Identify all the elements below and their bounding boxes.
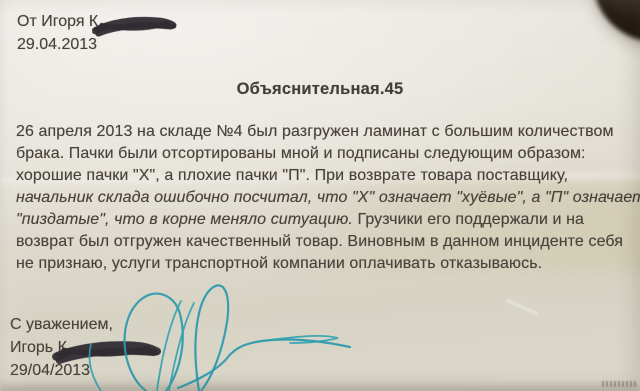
body-text-em: начальник склада ошибочно посчитал, что … (16, 189, 640, 206)
closing-line: С уважением, (10, 313, 113, 336)
body-line: хорошие пачки "Х", а плохие пачки "П". П… (16, 165, 640, 187)
letter-body: 26 апреля 2013 на складе №4 был разгруже… (16, 121, 640, 275)
body-text-regular: 26 апреля 2013 на складе №4 был разгруже… (16, 123, 614, 140)
body-line: брака. Пачки были отсортированы мной и п… (16, 143, 640, 165)
letter-date-top: 29.04.2013 (17, 36, 97, 54)
body-text-regular: хорошие пачки "Х", а плохие пачки "П". П… (16, 167, 568, 184)
body-text-regular: возврат был отгружен качественный товар.… (16, 233, 623, 250)
body-line: 26 апреля 2013 на складе №4 был разгруже… (16, 121, 640, 143)
from-line: От Игоря К (17, 13, 98, 31)
document-photo: От Игоря К 29.04.2013 Объяснительная.45 … (0, 0, 640, 391)
body-text-em: "пиздатые", что в корне меняло ситуацию. (16, 211, 353, 228)
letter-title: Объяснительная.45 (0, 80, 640, 99)
body-line: начальник склада ошибочно посчитал, что … (16, 187, 640, 209)
paper-edge-shadow (0, 381, 640, 391)
body-line: "пиздатые", что в корне меняло ситуацию.… (16, 209, 640, 231)
body-line: возврат был отгружен качественный товар.… (16, 231, 640, 253)
body-text-regular: Грузчики его поддержали и на (353, 211, 584, 228)
body-text-regular: брака. Пачки были отсортированы мной и п… (16, 145, 586, 162)
faint-watermark (602, 381, 636, 387)
body-text-regular: не признаю, услуги транспортной компании… (16, 255, 542, 272)
body-line: не признаю, услуги транспортной компании… (16, 253, 640, 275)
